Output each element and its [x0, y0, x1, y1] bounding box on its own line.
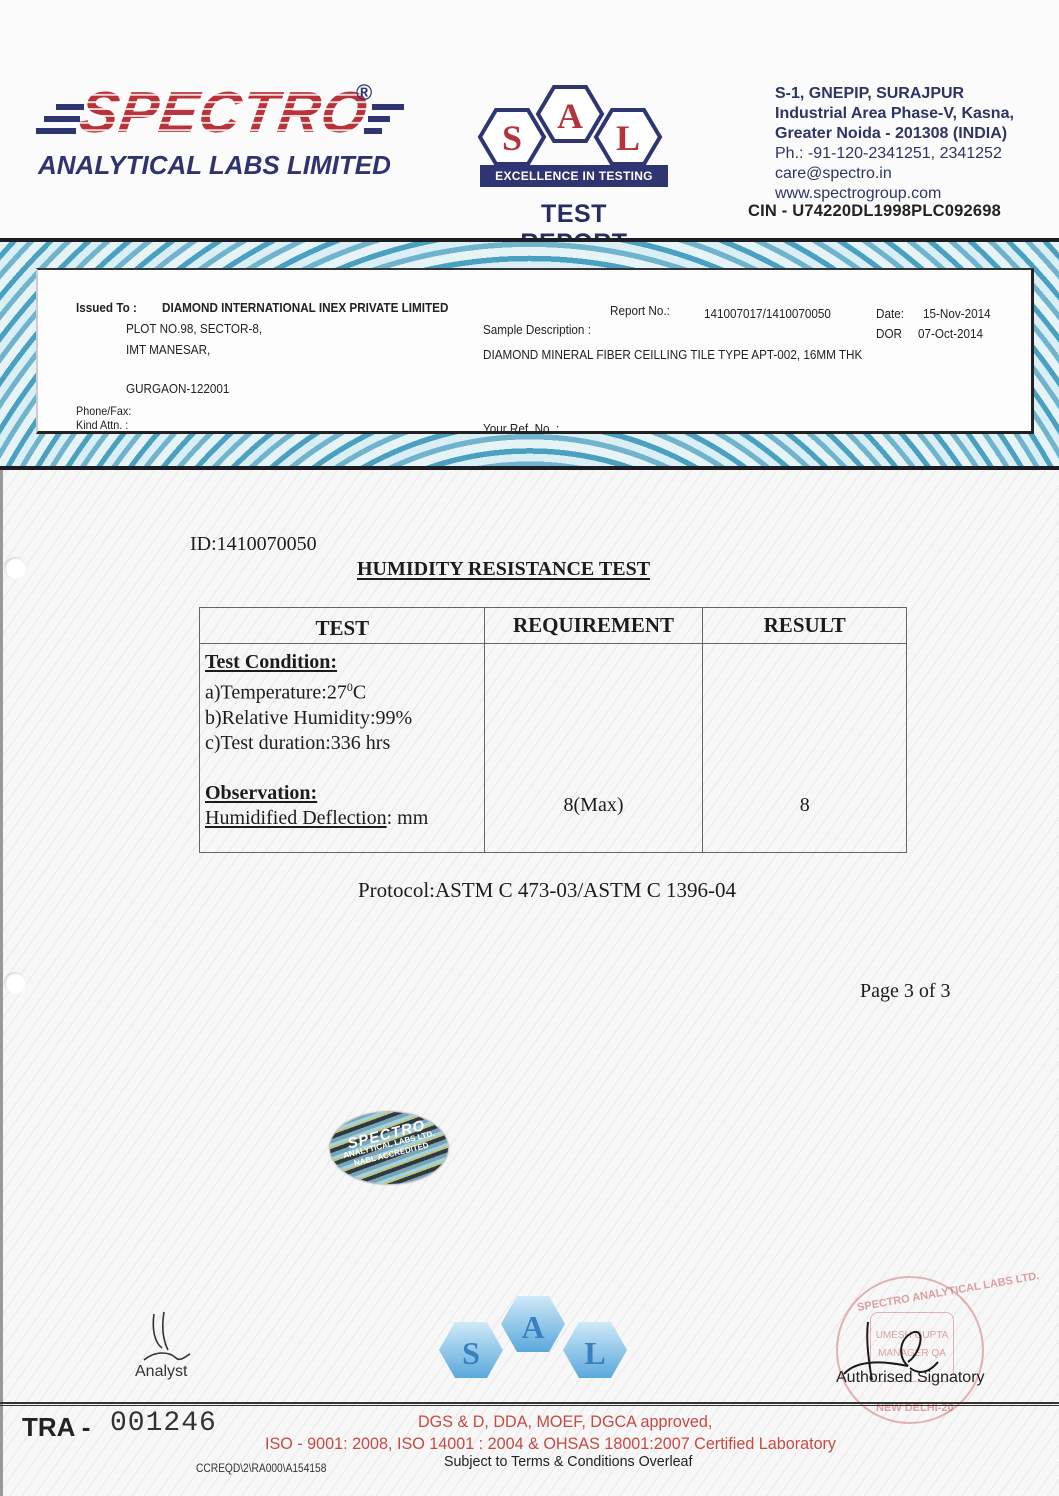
tagline-banner: EXCELLENCE IN TESTING	[480, 165, 668, 187]
company-cin: CIN - U74220DL1998PLC092698	[748, 202, 1001, 221]
address-line: Industrial Area Phase-V, Kasna,	[775, 104, 1014, 124]
sal-footer-letter-s: S	[462, 1335, 480, 1371]
punch-hole	[4, 557, 26, 579]
analyst-label: Analyst	[135, 1363, 187, 1381]
test-cell: Test Condition: a)Temperature:270C b)Rel…	[200, 644, 485, 853]
observation-name: Humidified Deflection	[205, 807, 387, 829]
sample-description: DIAMOND MINERAL FIBER CEILLING TILE TYPE…	[483, 347, 862, 362]
client-address-line: GURGAON-122001	[126, 381, 229, 396]
dor-date: 07-Oct-2014	[918, 326, 983, 341]
client-name: DIAMOND INTERNATIONAL INEX PRIVATE LIMIT…	[162, 300, 448, 315]
temperature-text: a)Temperature:27	[205, 682, 347, 704]
client-address-line: PLOT NO.98, SECTOR-8,	[126, 321, 262, 336]
company-address: S-1, GNEPIP, SURAJPUR Industrial Area Ph…	[775, 84, 1014, 204]
approvals-text: DGS & D, DDA, MOEF, DGCA approved,	[418, 1412, 712, 1432]
page-number: Page 3 of 3	[860, 980, 951, 1003]
table-row: Test Condition: a)Temperature:270C b)Rel…	[200, 644, 907, 853]
result-cell: 8	[703, 644, 907, 853]
result-value: 8	[703, 794, 906, 817]
requirement-value: 8(Max)	[485, 794, 703, 817]
sal-footer-letter-a: A	[521, 1309, 544, 1345]
observation-label: Observation:	[205, 781, 480, 806]
results-table: TEST REQUIREMENT RESULT Test Condition: …	[199, 607, 907, 853]
client-address-line: IMT MANESAR,	[126, 342, 210, 357]
kind-attn-label: Kind Attn. :	[76, 418, 128, 432]
observation-unit: : mm	[387, 807, 429, 829]
hologram-seal: SPECTRO ANALYTICAL LABS LTD. NABL ACCRED…	[330, 1112, 448, 1184]
header-requirement: REQUIREMENT	[484, 608, 703, 644]
report-date: 15-Nov-2014	[923, 306, 991, 321]
date-label: Date:	[876, 306, 904, 321]
address-line: S-1, GNEPIP, SURAJPUR	[775, 84, 1014, 104]
document-code: CCREQD\2\RA000\A154158	[196, 1461, 326, 1475]
logo-dash	[364, 128, 382, 134]
registered-mark: ®	[356, 80, 372, 106]
address-line: Greater Noida - 201308 (INDIA)	[775, 124, 1014, 144]
analyst-signature	[140, 1308, 200, 1368]
sal-footer-letter-l: L	[584, 1335, 605, 1371]
sal-letter-a: A	[557, 96, 583, 136]
logo-dash	[372, 104, 404, 110]
sal-letter-l: L	[616, 118, 640, 158]
observation-item: Humidified Deflection: mm	[205, 806, 480, 831]
requirement-cell: 8(Max)	[484, 644, 703, 853]
report-no-label: Report No.:	[610, 303, 670, 318]
test-condition-label: Test Condition:	[205, 650, 480, 675]
sample-description-label: Sample Description :	[483, 322, 591, 337]
condition-humidity: b)Relative Humidity:99%	[205, 706, 480, 731]
condition-duration: c)Test duration:336 hrs	[205, 731, 480, 756]
authorised-signatory-label: Authorised Signatory	[836, 1369, 985, 1387]
protocol: Protocol:ASTM C 473-03/ASTM C 1396-04	[358, 878, 736, 903]
table-header-row: TEST REQUIREMENT RESULT	[200, 608, 907, 644]
terms-text: Subject to Terms & Conditions Overleaf	[444, 1453, 692, 1470]
client-info-box: Issued To : DIAMOND INTERNATIONAL INEX P…	[36, 268, 1034, 434]
footer-divider	[0, 1402, 1059, 1406]
issued-to-label: Issued To :	[76, 300, 137, 315]
dor-label: DOR	[876, 326, 902, 341]
logo-dash	[368, 116, 390, 122]
sal-letter-s: S	[502, 118, 522, 158]
phone-fax-label: Phone/Fax:	[76, 404, 131, 418]
spectro-wordmark: SPECTRO	[76, 82, 372, 144]
document-id: ID:1410070050	[190, 533, 317, 556]
logo-dash	[36, 128, 76, 134]
report-no: 141007017/1410070050	[704, 306, 831, 321]
company-website: www.spectrogroup.com	[775, 184, 1014, 204]
tra-number: 001246	[110, 1408, 217, 1439]
tra-label: TRA -	[22, 1412, 90, 1443]
header-test: TEST	[200, 608, 485, 644]
certifications-text: ISO - 9001: 2008, ISO 14001 : 2004 & OHS…	[265, 1434, 836, 1454]
temperature-unit: C	[353, 682, 366, 704]
sal-footer-logo: S A L	[437, 1288, 637, 1394]
spectro-logo: SPECTRO ® ANALYTICAL LABS LIMITED	[36, 82, 416, 182]
punch-hole	[4, 972, 26, 994]
company-email: care@spectro.in	[775, 164, 1014, 184]
company-subtitle: ANALYTICAL LABS LIMITED	[38, 150, 391, 181]
test-title: HUMIDITY RESISTANCE TEST	[357, 558, 650, 581]
company-phone: Ph.: -91-120-2341251, 2341252	[775, 144, 1014, 164]
header-result: RESULT	[703, 608, 907, 644]
your-ref-label: Your Ref. No. :	[483, 421, 559, 436]
condition-temperature: a)Temperature:270C	[205, 675, 480, 706]
logo-dash	[44, 116, 80, 122]
